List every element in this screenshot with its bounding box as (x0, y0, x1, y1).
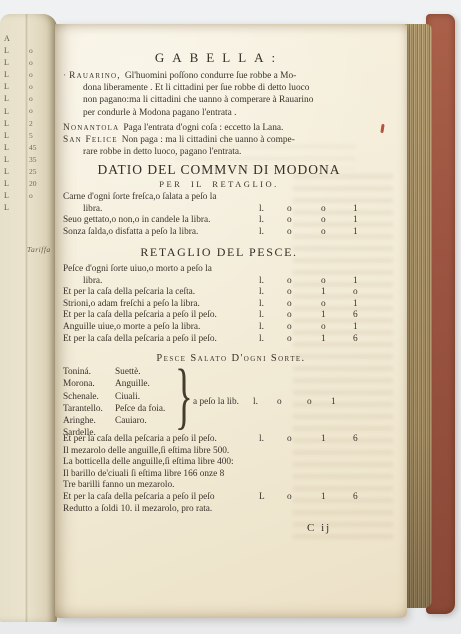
tariff-col-unit: l. (259, 322, 264, 334)
tariff-col-lire: o (287, 310, 292, 322)
paragraph-line: rare robbe in detto luoco, pagano l'entr… (63, 146, 295, 158)
tariff-row: Carne d'ogni ſorte freſca,o ſalata a peſ… (63, 192, 216, 204)
tariff-col-unit: l. (259, 334, 264, 346)
running-title: GABELLA: (51, 50, 387, 66)
tariff-col-lire: o (287, 299, 292, 311)
tariff-col-unit: l. (253, 397, 258, 407)
tariff-row: libra.l.oo1 (63, 276, 217, 288)
tariff-row-text: La botticella delle anguille,ſi eſtima l… (63, 457, 234, 467)
tariff-col-unit: l. (259, 310, 264, 322)
signature-mark: C ij (307, 522, 331, 534)
tariff-row: Anguille uiue,o morte a peſo la libra.l.… (63, 322, 217, 334)
tariff-col-denari: 1 (353, 276, 358, 288)
tariff-row-text: Redutto a ſoldi 10. il mezarolo, pro rat… (63, 504, 212, 514)
tariff-row-text: Et per la caſa della peſcaria a peſo il … (63, 310, 217, 320)
tariff-col-lire: o (287, 215, 292, 227)
tariff-col-soldi: o (307, 397, 312, 407)
facing-page-value-column: o o o o o o 2 5 45 35 25 20 o (29, 45, 37, 202)
tariff-col-soldi: 1 (321, 492, 326, 504)
place-name-nonantola: Nonantola (63, 123, 119, 133)
tariff-col-unit: l. (259, 204, 264, 216)
marginal-dot: · (63, 71, 66, 81)
facing-page-edge: A L L L L L L L L L L L L L L o o o o o … (0, 14, 57, 622)
tariff-row-text: Seuo gettato,o non,o in candele la libra… (63, 215, 210, 225)
tariff-row: Et per la caſa della peſcaria a peſo il … (63, 492, 234, 504)
paragraph-text: Paga l'entrata d'ogni coſa : eccetto la … (123, 123, 283, 133)
section-title-datio: DATIO DEL COMMVN DI MODONA (51, 162, 387, 178)
tariff-row: Et per la caſa della peſcaria a peſo il … (63, 434, 234, 446)
place-name-san-felice: San Felice (63, 135, 118, 145)
tariff-col-lire: o (287, 322, 292, 334)
tariff-row: libra.l.oo1 (63, 204, 216, 216)
tariff-col-denari: 1 (353, 204, 358, 216)
tariff-col-lire: o (287, 227, 292, 239)
fish-list-column-1: Toniná. Morona. Schenale. Tarantello. Ar… (63, 366, 103, 440)
tariff-row: La botticella delle anguille,ſi eſtima l… (63, 457, 234, 469)
tariff-row: Sonza ſalda,o disfatta a peſo la libra.l… (63, 227, 216, 239)
tariff-col-soldi: o (321, 227, 326, 239)
facing-page-letter-column: A L L L L L L L L L L L L L L (4, 33, 10, 214)
place-name-ravarino: Rauarino, (69, 71, 121, 81)
tariff-col-lire: o (287, 492, 292, 504)
tariff-col-soldi: o (321, 276, 326, 288)
book-photo: A L L L L L L L L L L L L L L o o o o o … (0, 0, 461, 634)
tariff-row: Il barillo de'ciuali ſi eſtima libre 166… (63, 469, 234, 481)
paragraph-line: ·Rauarino,Gl'huomini poſſono condurre ſu… (63, 70, 313, 82)
fish-list-group: Toniná. Morona. Schenale. Tarantello. Ar… (63, 366, 399, 438)
tariff-row-text: Il barillo de'ciuali ſi eſtima libre 166… (63, 469, 224, 479)
tariff-col-soldi: o (321, 299, 326, 311)
tariff-row-text: Anguille uiue,o morte a peſo la libra. (63, 322, 200, 332)
tariff-row-text: Peſce d'ogni ſorte uiuo,o morto a peſo l… (63, 264, 212, 274)
tariff-col-unit: l. (259, 434, 264, 446)
facing-page-caption: Tariffa (27, 245, 51, 254)
tariff-col-denari: 1 (353, 227, 358, 239)
tariff-row-text: Carne d'ogni ſorte freſca,o ſalata a peſ… (63, 192, 216, 202)
tariff-col-denari: 1 (353, 299, 358, 311)
paragraph-line: non pagano:ma li cittadini che uanno à c… (63, 94, 313, 106)
tariff-col-unit: l. (259, 276, 264, 288)
tariff-col-soldi: o (321, 215, 326, 227)
tariff-col-unit: l. (259, 299, 264, 311)
tariff-row-text: Et per la caſa della peſcaria a peſo il … (63, 492, 215, 502)
tariff-col-soldi: 1 (321, 310, 326, 322)
tariff-row-text: Sonza ſalda,o disfatta a peſo la libra. (63, 227, 198, 237)
tariff-row-text: Et per la caſa della peſcaria a peſo il … (63, 334, 217, 344)
section-subtitle-retaglio: PER IL RETAGLIO. (51, 179, 387, 189)
tariff-col-denari: 1 (331, 397, 336, 407)
tariff-col-lire: o (287, 287, 292, 299)
tariff-row-text: Tre barilli fanno un mezarolo. (63, 480, 174, 490)
tariff-col-denari: o (353, 287, 358, 299)
tariff-col-denari: 6 (353, 434, 358, 446)
tariff-col-denari: 6 (353, 492, 358, 504)
tariff-col-soldi: o (321, 204, 326, 216)
tariff-row: Peſce d'ogni ſorte uiuo,o morto a peſo l… (63, 264, 217, 276)
tariff-col-lire: o (287, 204, 292, 216)
tariff-row-text: Il mezarolo delle anguille,ſi eſtima lib… (63, 446, 229, 456)
tariff-col-unit: L (259, 492, 265, 504)
paragraph-nonantola: NonantolaPaga l'entrata d'ogni coſa : ec… (63, 122, 283, 134)
paragraph-line: San FeliceNon paga : ma li cittadini che… (63, 134, 295, 146)
section-title-retaglio-pesce: RETAGLIO DEL PESCE. (51, 245, 387, 260)
tariff-col-soldi: 1 (321, 434, 326, 446)
tariff-row-text: Et per la caſa della peſcaria a peſo il … (63, 434, 217, 444)
paragraph-text: Non paga : ma li cittadini che uanno à c… (122, 135, 295, 145)
page-content: GABELLA: ·Rauarino,Gl'huomini poſſono co… (63, 24, 399, 618)
tariff-row-text: libra. (63, 204, 102, 214)
tariff-col-unit: l. (259, 215, 264, 227)
paragraph-line: NonantolaPaga l'entrata d'ogni coſa : ec… (63, 122, 283, 134)
fish-list-column-2: Suettè. Anguille. Ciuali. Peſce da foia.… (115, 366, 165, 427)
paragraph-ravarino: ·Rauarino,Gl'huomini poſſono condurre ſu… (63, 70, 313, 119)
tariff-row: Strioni,o adam freſchi a peſo la libra.l… (63, 299, 217, 311)
paragraph-text: Gl'huomini poſſono condurre ſue robbe a … (125, 71, 296, 81)
tariff-col-soldi: 1 (321, 287, 326, 299)
tariff-col-denari: 1 (353, 322, 358, 334)
tariff-row: Redutto a ſoldi 10. il mezarolo, pro rat… (63, 504, 234, 516)
tariff-row-text: libra. (63, 276, 102, 286)
section-title-pesce-salato: Pesce Salato D'ogni Sorte. (63, 353, 399, 364)
tariff-row: Tre barilli fanno un mezarolo. (63, 480, 234, 492)
tariff-col-lire: o (287, 434, 292, 446)
tariff-col-soldi: o (321, 322, 326, 334)
tariff-col-lire: o (287, 334, 292, 346)
tariff-row: Et per la caſa della peſcaria a peſo il … (63, 310, 217, 322)
tariff-row: Seuo gettato,o non,o in candele la libra… (63, 215, 216, 227)
brace-label: a peſo la lib. (193, 397, 239, 407)
tariff-col-soldi: 1 (321, 334, 326, 346)
tariff-col-lire: o (277, 397, 282, 407)
brace-icon: } (175, 359, 193, 433)
tariff-col-unit: l. (259, 287, 264, 299)
tariff-col-unit: l. (259, 227, 264, 239)
tariff-row: Et per la caſa della peſcaria la ceſta.l… (63, 287, 217, 299)
paragraph-line: per condurle à Modona pagano l'entrata . (63, 107, 313, 119)
paragraph-line: dona liberamente . Et li cittadini per ſ… (63, 82, 313, 94)
tariff-row: Il mezarolo delle anguille,ſi eſtima lib… (63, 446, 234, 458)
tariff-col-denari: 6 (353, 334, 358, 346)
gutter-crease (25, 14, 28, 622)
tariff-table-pesce: Peſce d'ogni ſorte uiuo,o morto a peſo l… (63, 264, 217, 345)
tariff-row: Et per la caſa della peſcaria a peſo il … (63, 334, 217, 346)
tariff-table-retaglio: Carne d'ogni ſorte freſca,o ſalata a peſ… (63, 192, 216, 238)
tariff-table-salato: Et per la caſa della peſcaria a peſo il … (63, 434, 234, 515)
paragraph-san-felice: San FeliceNon paga : ma li cittadini che… (63, 134, 295, 158)
book-page: GABELLA: ·Rauarino,Gl'huomini poſſono co… (55, 24, 407, 618)
tariff-col-denari: 6 (353, 310, 358, 322)
tariff-col-denari: 1 (353, 215, 358, 227)
tariff-col-lire: o (287, 276, 292, 288)
tariff-row-text: Et per la caſa della peſcaria la ceſta. (63, 287, 195, 297)
tariff-row-text: Strioni,o adam freſchi a peſo la libra. (63, 299, 200, 309)
